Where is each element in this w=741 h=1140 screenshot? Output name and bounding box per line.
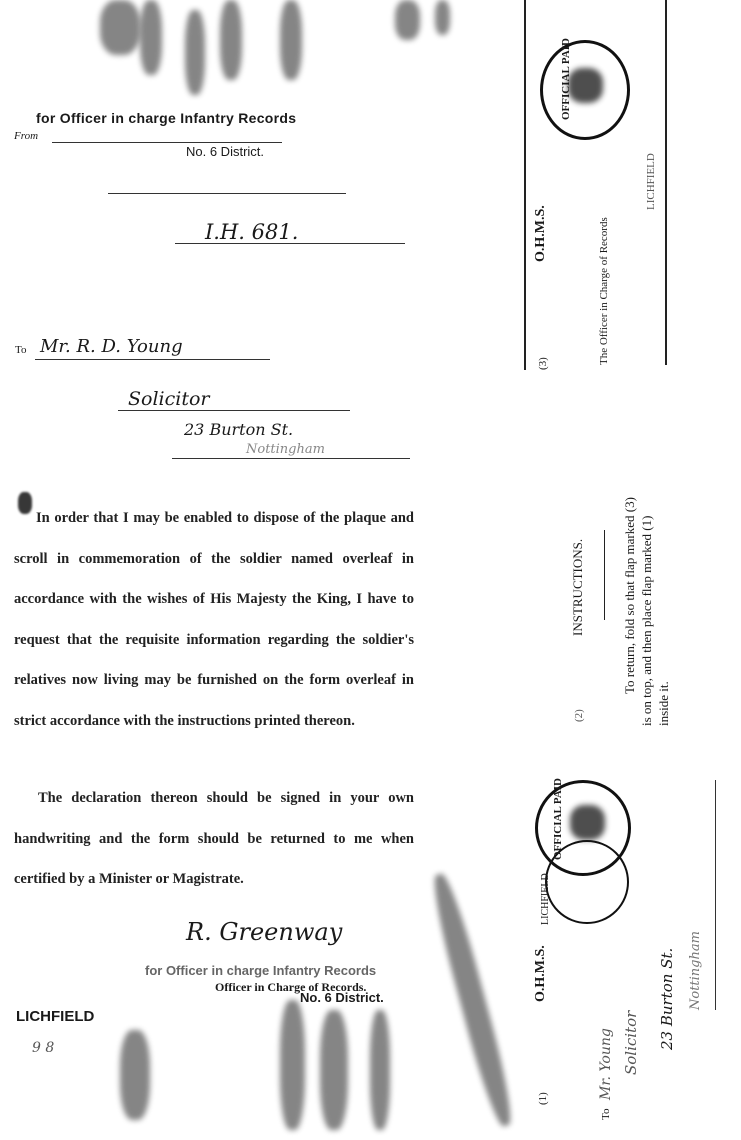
recipient-address: 23 Burton St. [184, 420, 293, 439]
flap-town: Nottingham [688, 931, 703, 1010]
flap-number-2: (1) [537, 1092, 549, 1105]
date-marks: 9 8 [32, 1040, 54, 1056]
from-label: From [14, 130, 38, 142]
postmark-text: OFFICIAL PAID [560, 38, 572, 120]
crown-icon [568, 68, 603, 103]
recipient-name-line [35, 359, 270, 360]
from-line [52, 142, 282, 143]
flap-occupation: Solicitor [622, 1011, 640, 1075]
ink-smudge [280, 1000, 305, 1130]
flap-border [524, 0, 526, 370]
flap-street: 23 Burton St. [658, 948, 676, 1050]
ink-smudge [140, 0, 162, 75]
instructions-heading: INSTRUCTIONS. [570, 539, 586, 636]
ohms-label-2: O.H.M.S. [533, 945, 549, 1002]
ink-smudge [220, 0, 242, 80]
ink-smudge [120, 1030, 150, 1120]
district-stamp: No. 6 District. [186, 144, 264, 159]
ink-smudge [370, 1010, 390, 1130]
reference-line [175, 243, 405, 244]
lichfield-stamp: LICHFIELD [16, 1008, 94, 1025]
signature-stamp: for Officer in charge Infantry Records [145, 963, 376, 978]
paragraph-text: In order that I may be enabled to dispos… [14, 510, 414, 729]
instructions-line-2: is on top, and then place flap marked (1… [639, 516, 655, 726]
date-stamp-text: LICHFIELD [540, 873, 551, 925]
flap-addressee: Mr. Young [598, 1028, 614, 1100]
recipient-occupation: Solicitor [128, 388, 209, 410]
postmark-text-2: OFFICIAL PAID [552, 778, 564, 860]
address-line [715, 780, 716, 1010]
flap-place: LICHFIELD [645, 153, 657, 210]
ink-smudge [100, 0, 140, 55]
flap-sender: The Officer in Charge of Records [598, 217, 610, 365]
recipient-name: Mr. R. D. Young [40, 336, 183, 357]
instructions-line-3: inside it. [656, 681, 672, 726]
from-line-2 [108, 193, 346, 194]
recipient-town: Nottingham [246, 442, 325, 457]
flap-to-label: To [600, 1109, 612, 1120]
body-paragraph-1: In order that I may be enabled to dispos… [14, 498, 414, 741]
occupation-line [118, 410, 350, 411]
flap-border [665, 0, 667, 365]
crown-icon [570, 805, 605, 840]
signature-district: No. 6 District. [300, 990, 384, 1005]
ink-smudge [280, 0, 302, 80]
instructions-line-1: To return, fold so that flap marked (3) [622, 497, 638, 694]
paragraph-text: The declaration thereon should be signed… [14, 790, 414, 887]
sender-stamp: for Officer in charge Infantry Records [36, 110, 296, 126]
town-line [172, 458, 410, 459]
body-paragraph-2: The declaration thereon should be signed… [14, 778, 414, 900]
ink-smudge [395, 0, 420, 40]
ink-smudge [185, 10, 205, 95]
flap-number: (3) [537, 357, 549, 370]
signature: R. Greenway [186, 918, 342, 946]
instructions-rule [604, 530, 605, 620]
to-label: To [15, 344, 26, 356]
ink-smudge [427, 871, 518, 1129]
ink-smudge [435, 0, 450, 35]
ink-smudge [320, 1010, 348, 1130]
reference-number: I.H. 681. [205, 220, 298, 244]
ohms-label: O.H.M.S. [533, 205, 549, 262]
instructions-flap-number: (2) [573, 709, 585, 722]
